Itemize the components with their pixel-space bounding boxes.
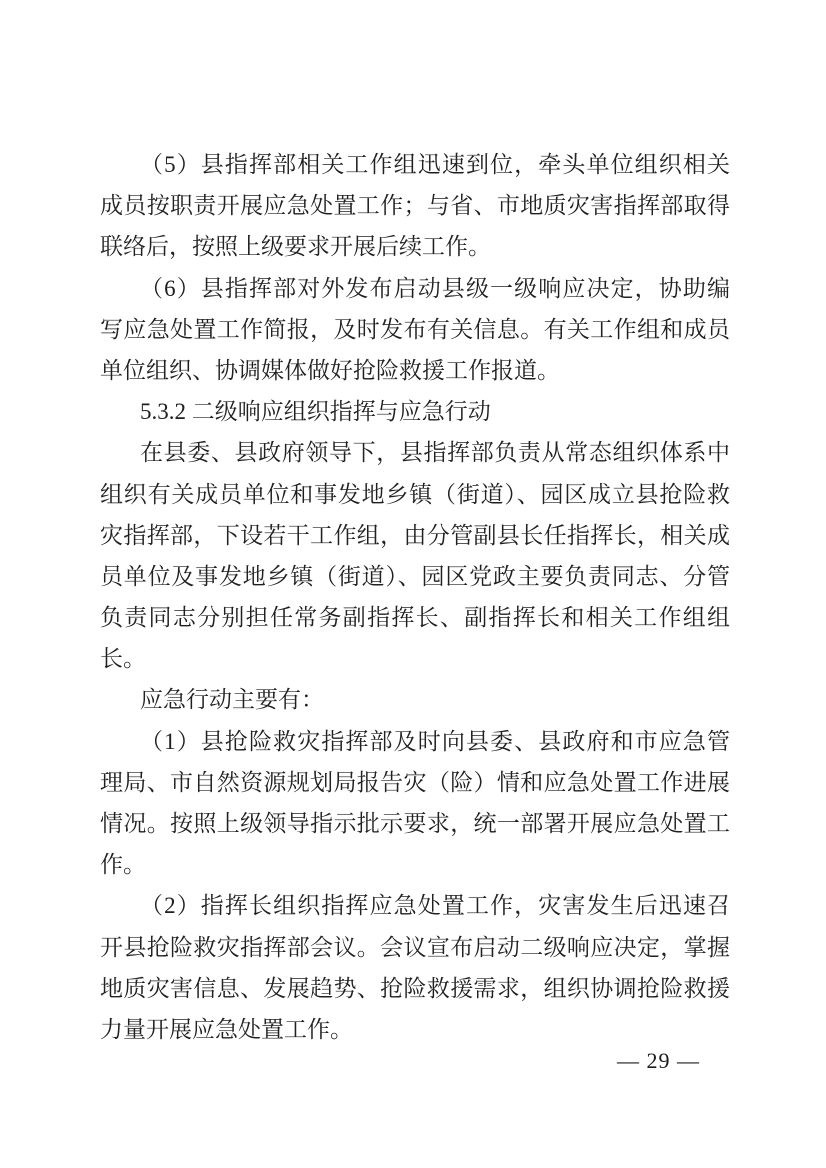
text-line: 成员按职责开展应急处置工作；与省、市地质灾害指挥部取得: [100, 185, 730, 226]
text-line: 地质灾害信息、发展趋势、抢险救援需求，组织协调抢险救援: [100, 968, 730, 1009]
text-line: 长。: [100, 638, 730, 679]
page-number: — 29 —: [617, 1048, 700, 1074]
body-text: （5）县指挥部相关工作组迅速到位，牵头单位组织相关 成员按职责开展应急处置工作；…: [100, 144, 730, 1050]
text-line: （2）指挥长组织指挥应急处置工作，灾害发生后迅速召: [100, 885, 730, 926]
text-line: 在县委、县政府领导下，县指挥部负责从常态组织体系中: [100, 432, 730, 473]
document-page: （5）县指挥部相关工作组迅速到位，牵头单位组织相关 成员按职责开展应急处置工作；…: [0, 0, 826, 1168]
text-line: 应急行动主要有：: [100, 679, 730, 720]
text-line: 写应急处置工作简报，及时发布有关信息。有关工作组和成员: [100, 309, 730, 350]
text-line: 开县抢险救灾指挥部会议。会议宣布启动二级响应决定，掌握: [100, 927, 730, 968]
text-line: 员单位及事发地乡镇（街道）、园区党政主要负责同志、分管: [100, 556, 730, 597]
text-line: 情况。按照上级领导指示批示要求，统一部署开展应急处置工: [100, 803, 730, 844]
text-line: 联络后，按照上级要求开展后续工作。: [100, 226, 730, 267]
text-line: （1）县抢险救灾指挥部及时向县委、县政府和市应急管: [100, 721, 730, 762]
text-line: 负责同志分别担任常务副指挥长、副指挥长和相关工作组组: [100, 597, 730, 638]
text-line: 灾指挥部，下设若干工作组，由分管副县长任指挥长，相关成: [100, 515, 730, 556]
text-line: 力量开展应急处置工作。: [100, 1009, 730, 1050]
text-line: （5）县指挥部相关工作组迅速到位，牵头单位组织相关: [100, 144, 730, 185]
text-line: 单位组织、协调媒体做好抢险救援工作报道。: [100, 350, 730, 391]
section-heading-5-3-2: 5.3.2 二级响应组织指挥与应急行动: [100, 391, 730, 432]
text-line: 理局、市自然资源规划局报告灾（险）情和应急处置工作进展: [100, 762, 730, 803]
text-line: （6）县指挥部对外发布启动县级一级响应决定，协助编: [100, 268, 730, 309]
text-line: 作。: [100, 844, 730, 885]
text-line: 组织有关成员单位和事发地乡镇（街道）、园区成立县抢险救: [100, 474, 730, 515]
